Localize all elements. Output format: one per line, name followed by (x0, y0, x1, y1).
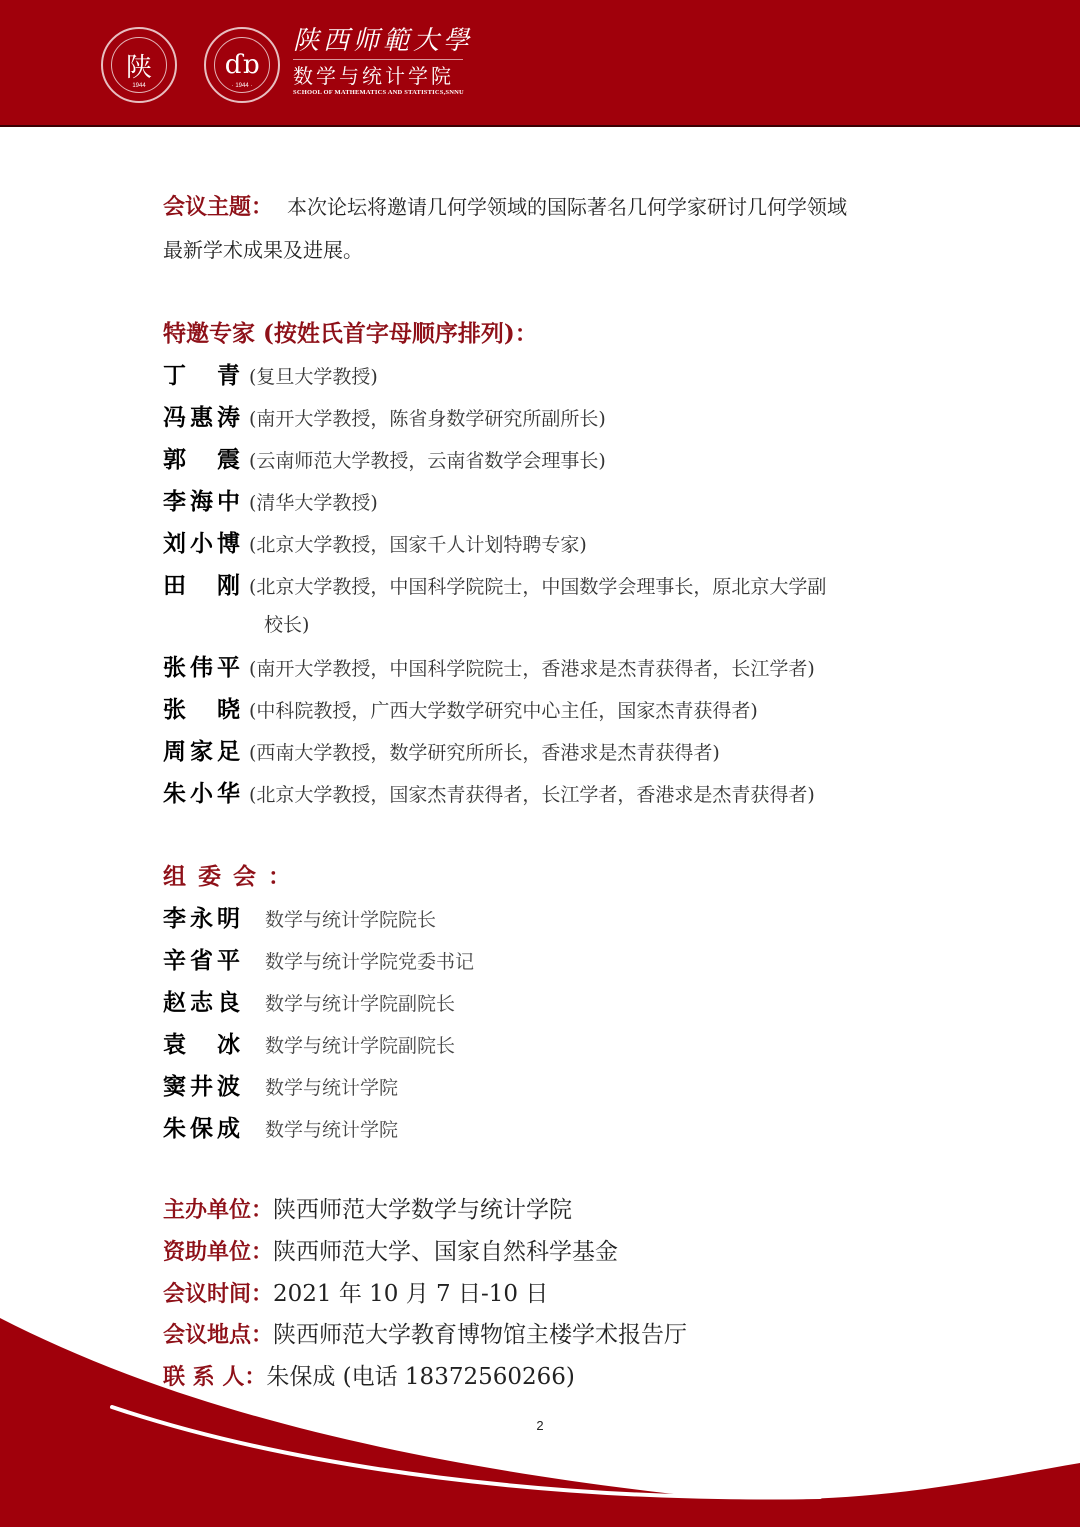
committee-role: 数学与统计学院 (265, 1119, 398, 1141)
expert-desc: (南开大学教授，中国科学院院士，香港求是杰青获得者，长江学者) (249, 658, 815, 680)
committee-role: 数学与统计学院副院长 (265, 1035, 455, 1057)
committee-name: 辛省平 (163, 942, 240, 975)
theme-label: 会议主题： (163, 194, 273, 220)
committee-name: 朱保成 (163, 1110, 240, 1143)
expert-row: 田刚(北京大学教授，中国科学院院士，中国数学会理事长，原北京大学副 (163, 567, 826, 600)
expert-row: 丁青(复旦大学教授) (163, 357, 378, 390)
expert-name: 李海中 (163, 483, 240, 516)
committee-title: 组委会： (163, 858, 303, 891)
expert-row: 张晓(中科院教授，广西大学数学研究中心主任，国家杰青获得者) (163, 691, 758, 724)
expert-row: 朱小华(北京大学教授，国家杰青获得者，长江学者，香港求是杰青获得者) (163, 775, 815, 808)
expert-desc: (云南师范大学教授，云南省数学会理事长) (249, 450, 606, 472)
expert-desc: (清华大学教授) (249, 492, 378, 514)
school-seal-year: · 1944 · (206, 83, 278, 89)
committee-role: 数学与统计学院 (265, 1077, 398, 1099)
expert-name: 田刚 (163, 567, 240, 600)
committee-name: 窦井波 (163, 1068, 240, 1101)
expert-name: 刘小博 (163, 525, 240, 558)
expert-name: 周家足 (163, 733, 240, 766)
expert-row: 刘小博(北京大学教授，国家千人计划特聘专家) (163, 525, 587, 558)
committee-row: 朱保成数学与统计学院 (163, 1110, 398, 1143)
sponsor-value: 陕西师范大学、国家自然科学基金 (273, 1239, 618, 1265)
expert-desc: (北京大学教授，国家千人计划特聘专家) (249, 534, 587, 556)
expert-row: 冯惠涛(南开大学教授，陈省身数学研究所副所长) (163, 399, 606, 432)
expert-name: 朱小华 (163, 775, 240, 808)
expert-row: 李海中(清华大学教授) (163, 483, 378, 516)
expert-desc: (复旦大学教授) (249, 366, 378, 388)
committee-role: 数学与统计学院副院长 (265, 993, 455, 1015)
committee-name: 赵志良 (163, 984, 240, 1017)
footer-swoosh-decoration (0, 1290, 1080, 1527)
expert-desc: (中科院教授，广西大学数学研究中心主任，国家杰青获得者) (249, 700, 758, 722)
expert-row: 郭震(云南师范大学教授，云南省数学会理事长) (163, 441, 606, 474)
committee-role: 数学与统计学院院长 (265, 909, 436, 931)
committee-role: 数学与统计学院党委书记 (265, 951, 474, 973)
theme-text: 本次论坛将邀请几何学领域的国际著名几何学家研讨几何学领域 (287, 195, 847, 219)
theme-text-cont: 最新学术成果及进展。 (163, 234, 363, 263)
committee-row: 辛省平数学与统计学院党委书记 (163, 942, 474, 975)
sponsor-label: 资助单位： (163, 1240, 273, 1265)
experts-title: 特邀专家 (按姓氏首字母顺序排列)： (163, 315, 538, 348)
committee-row: 李永明数学与统计学院院长 (163, 900, 436, 933)
host-value: 陕西师范大学数学与统计学院 (273, 1197, 572, 1223)
expert-row: 张伟平(南开大学教授，中国科学院院士，香港求是杰青获得者，长江学者) (163, 649, 815, 682)
expert-name: 张晓 (163, 691, 240, 724)
expert-name: 冯惠涛 (163, 399, 240, 432)
committee-row: 赵志良数学与统计学院副院长 (163, 984, 455, 1017)
committee-row: 袁冰数学与统计学院副院长 (163, 1026, 455, 1059)
committee-row: 窦井波数学与统计学院 (163, 1068, 398, 1101)
expert-desc-cont: 校长) (264, 610, 309, 637)
info-sponsor: 资助单位：陕西师范大学、国家自然科学基金 (163, 1233, 618, 1266)
school-name-en: SCHOOL OF MATHEMATICS AND STATISTICS,SNN… (293, 89, 473, 96)
page-number: 2 (0, 1418, 1080, 1433)
expert-desc: (北京大学教授，国家杰青获得者，长江学者，香港求是杰青获得者) (249, 784, 815, 806)
brand-block: 陕西师範大學 数学与统计学院 SCHOOL OF MATHEMATICS AND… (293, 24, 473, 96)
host-label: 主办单位： (163, 1198, 273, 1223)
expert-desc: (北京大学教授，中国科学院院士，中国数学会理事长，原北京大学副 (249, 576, 826, 598)
school-name: 数学与统计学院 (293, 63, 473, 89)
expert-name: 丁青 (163, 357, 240, 390)
brand-divider (293, 59, 463, 60)
university-seal-year: 1944 (103, 83, 175, 89)
expert-name: 郭震 (163, 441, 240, 474)
school-seal-logo: ɗɒ · 1944 · (204, 27, 280, 103)
university-seal-logo: 陕 1944 (101, 27, 177, 103)
expert-desc: (西南大学教授，数学研究所所长，香港求是杰青获得者) (249, 742, 720, 764)
info-host: 主办单位：陕西师范大学数学与统计学院 (163, 1191, 572, 1224)
expert-name: 张伟平 (163, 649, 240, 682)
header-banner: 陕 1944 ɗɒ · 1944 · 陕西师範大學 数学与统计学院 SCHOOL… (0, 0, 1080, 127)
committee-name: 李永明 (163, 900, 240, 933)
university-name: 陕西师範大學 (293, 24, 473, 58)
expert-desc: (南开大学教授，陈省身数学研究所副所长) (249, 408, 606, 430)
theme-section: 会议主题：本次论坛将邀请几何学领域的国际著名几何学家研讨几何学领域 (163, 190, 847, 221)
expert-row: 周家足(西南大学教授，数学研究所所长，香港求是杰青获得者) (163, 733, 720, 766)
committee-name: 袁冰 (163, 1026, 240, 1059)
